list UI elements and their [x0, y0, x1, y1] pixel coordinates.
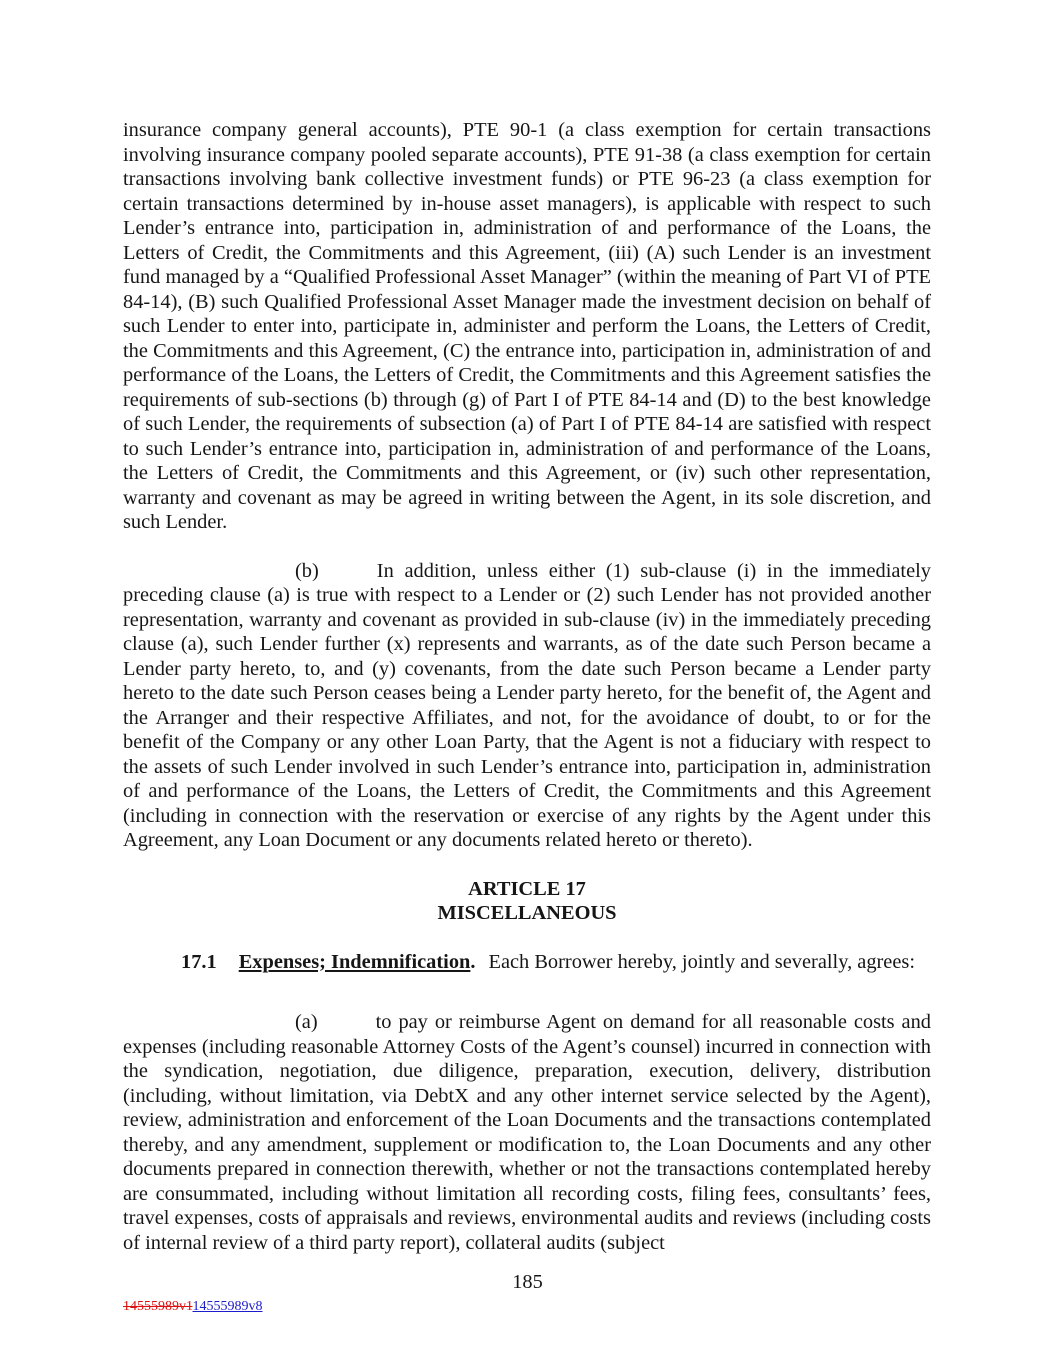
page-number: 185: [0, 1270, 1055, 1294]
section-title-period: .: [470, 951, 475, 973]
clause-b-text: In addition, unless either (1) sub-claus…: [123, 560, 931, 852]
paragraph-clause-a: (a)to pay or reimburse Agent on demand f…: [123, 1010, 931, 1255]
document-page: insurance company general accounts), PTE…: [0, 0, 1055, 1365]
clause-a-text: to pay or reimburse Agent on demand for …: [123, 1011, 931, 1254]
section-number: 17.1: [181, 951, 217, 973]
article-heading: ARTICLE 17 MISCELLANEOUS: [123, 877, 931, 926]
section-intro-text: Each Borrower hereby, jointly and severa…: [488, 951, 915, 973]
paragraph-continuation: insurance company general accounts), PTE…: [123, 118, 931, 535]
article-number: ARTICLE 17: [123, 877, 931, 902]
clause-a-label: (a): [295, 1011, 318, 1033]
paragraph-section-heading: 17.1Expenses; Indemnification.Each Borro…: [123, 950, 931, 975]
revision-stamp: 14555989v114555989v8: [123, 1298, 262, 1315]
document-body: insurance company general accounts), PTE…: [123, 118, 931, 1279]
article-title: MISCELLANEOUS: [123, 901, 931, 926]
clause-b-label: (b): [295, 560, 319, 582]
section-title: Expenses; Indemnification: [239, 951, 471, 973]
paragraph-clause-b: (b)In addition, unless either (1) sub-cl…: [123, 559, 931, 853]
revision-new-stamp: 14555989v8: [192, 1299, 262, 1314]
revision-old-stamp: 14555989v1: [123, 1299, 192, 1314]
